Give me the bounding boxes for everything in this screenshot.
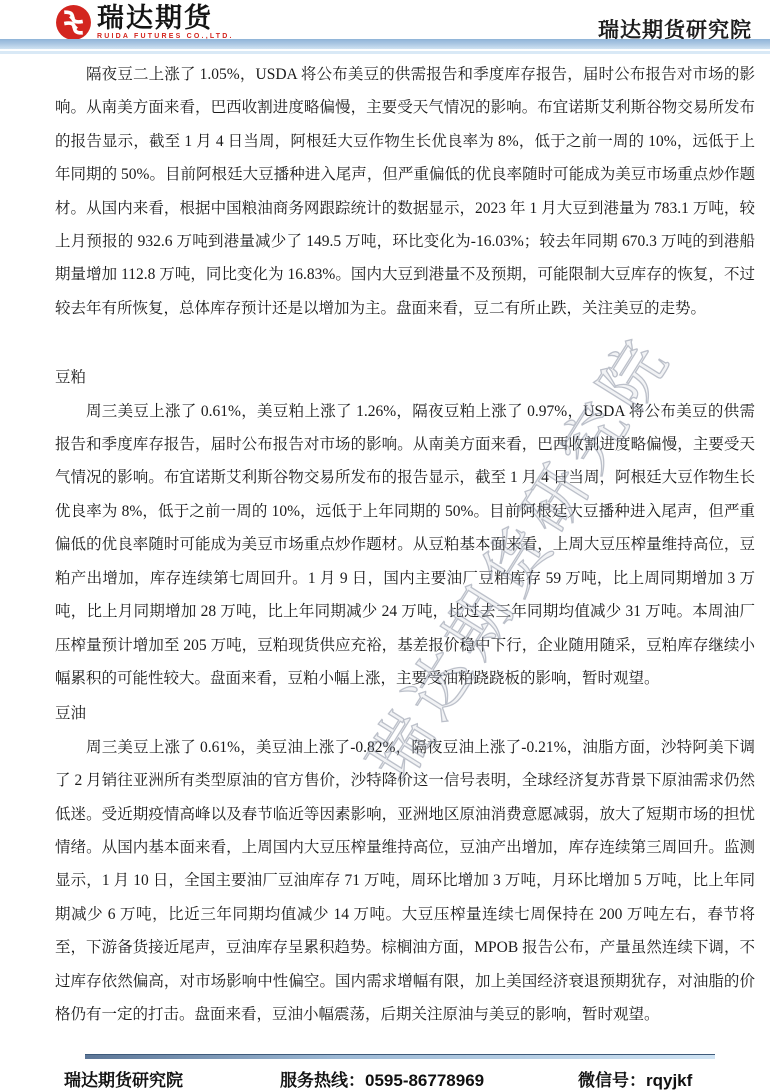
section-heading-soybean-meal: 豆粕 [55, 361, 755, 394]
footer-org: 瑞达期货研究院 [64, 1066, 183, 1090]
paragraph-soybean-no2: 隔夜豆二上涨了 1.05%，USDA 将公布美豆的供需报告和季度库存报告，届时公… [55, 58, 755, 325]
brand-name: 瑞达期货 [97, 4, 234, 32]
footer-hotline-label: 服务热线： [280, 1071, 365, 1090]
brand: 瑞达期货 RUIDA FUTURES CO.,LTD. [55, 4, 234, 41]
footer-hotline: 服务热线：0595-86778969 [280, 1066, 484, 1090]
report-body: 隔夜豆二上涨了 1.05%，USDA 将公布美豆的供需报告和季度库存报告，届时公… [55, 58, 755, 1031]
footer-divider [85, 1054, 715, 1059]
report-page: 瑞达期货 RUIDA FUTURES CO.,LTD. 瑞达期货研究院 隔夜豆二… [0, 0, 770, 1090]
header-divider-main [0, 39, 770, 49]
brand-text: 瑞达期货 RUIDA FUTURES CO.,LTD. [97, 4, 234, 41]
section-heading-soybean-oil: 豆油 [55, 697, 755, 730]
paragraph-soybean-meal: 周三美豆上涨了 0.61%，美豆粕上涨了 1.26%，隔夜豆粕上涨了 0.97%… [55, 395, 755, 696]
paragraph-soybean-oil: 周三美豆上涨了 0.61%，美豆油上涨了-0.82%，隔夜豆油上涨了-0.21%… [55, 731, 755, 1032]
footer-wechat-value: rqyjkf [646, 1071, 692, 1090]
footer-row: 瑞达期货研究院 服务热线：0595-86778969 微信号：rqyjkf [0, 1066, 770, 1090]
footer-wechat: 微信号：rqyjkf [578, 1066, 692, 1090]
header-divider-sub [0, 51, 770, 54]
page-header: 瑞达期货 RUIDA FUTURES CO.,LTD. 瑞达期货研究院 [55, 4, 752, 42]
footer-wechat-label: 微信号： [578, 1071, 646, 1090]
footer-hotline-value: 0595-86778969 [365, 1071, 484, 1090]
ruida-logo-icon [55, 4, 92, 41]
